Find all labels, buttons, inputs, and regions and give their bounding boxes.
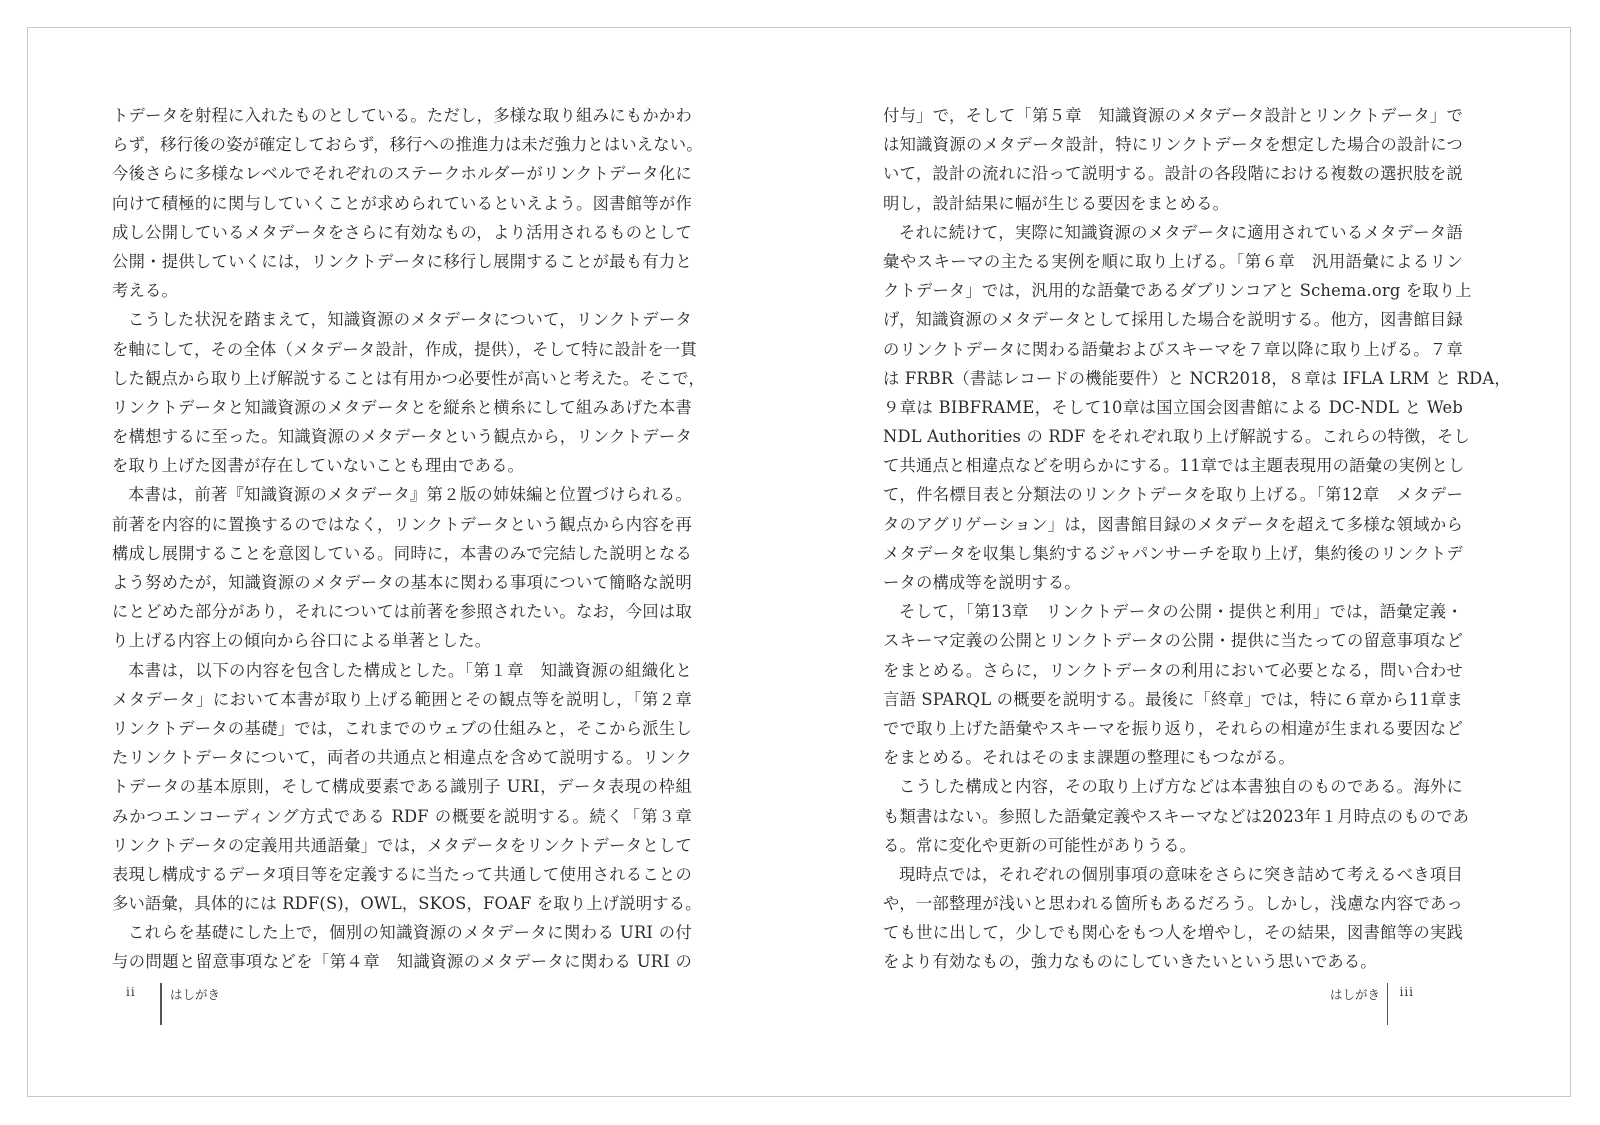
text-line: これらを基礎にした上で，個別の知識資源のメタデータに関わる URI の付 <box>112 918 692 947</box>
text-line: 本書は，以下の内容を包含した構成とした。「第１章 知識資源の組織化と <box>112 656 692 685</box>
text-line: ータの構成等を説明する。 <box>883 568 1463 597</box>
text-line: 多い語彙，具体的には RDF(S)，OWL，SKOS，FOAF を取り上げ説明す… <box>112 889 692 918</box>
text-line: り上げる内容上の傾向から谷口による単著とした。 <box>112 626 692 655</box>
left-page: トデータを射程に入れたものとしている。ただし，多様な取り組みにもかかわらず，移行… <box>28 28 800 1096</box>
page-number: ii <box>126 985 136 999</box>
text-line: そして，「第13章 リンクトデータの公開・提供と利用」では，語彙定義・ <box>883 597 1463 626</box>
text-line: トデータを射程に入れたものとしている。ただし，多様な取り組みにもかかわ <box>112 101 692 130</box>
running-head: はしがき <box>170 985 220 1003</box>
text-line: のリンクトデータに関わる語彙およびスキーマを７章以降に取り上げる。７章 <box>883 335 1463 364</box>
text-line: る。常に変化や更新の可能性がありうる。 <box>883 831 1463 860</box>
text-line: 現時点では，それぞれの個別事項の意味をさらに突き詰めて考えるべき項目 <box>883 860 1463 889</box>
right-page-footer: はしがき iii <box>1340 983 1440 1025</box>
text-line: にとどめた部分があり，それについては前著を参照されたい。なお，今回は取 <box>112 597 692 626</box>
text-line: でで取り上げた語彙やスキーマを振り返り，それらの相違が生まれる要因など <box>883 714 1463 743</box>
text-line: それに続けて，実際に知識資源のメタデータに適用されているメタデータ語 <box>883 218 1463 247</box>
text-line: NDL Authorities の RDF をそれぞれ取り上げ解説する。これらの… <box>883 422 1463 451</box>
text-line: スキーマ定義の公開とリンクトデータの公開・提供に当たっての留意事項など <box>883 626 1463 655</box>
text-line: 成し公開しているメタデータをさらに有効なもの，より活用されるものとして <box>112 218 692 247</box>
text-line: を取り上げた図書が存在していないことも理由である。 <box>112 451 692 480</box>
text-line: リンクトデータと知識資源のメタデータとを縦糸と横糸にして組みあげた本書 <box>112 393 692 422</box>
running-head: はしがき <box>1330 985 1380 1003</box>
text-line: トデータの基本原則，そして構成要素である識別子 URI，データ表現の枠組 <box>112 772 692 801</box>
text-line: をより有効なもの，強力なものにしていきたいという思いである。 <box>883 947 1463 976</box>
text-line: 言語 SPARQL の概要を説明する。最後に「終章」では，特に６章から11章ま <box>883 685 1463 714</box>
text-line: した観点から取り上げ解説することは有用かつ必要性が高いと考えた。そこで， <box>112 364 692 393</box>
text-line: ても世に出して，少しでも関心をもつ人を増やし，その結果，図書館等の実践 <box>883 918 1463 947</box>
text-line: リンクトデータの定義用共通語彙」では，メタデータをリンクトデータとして <box>112 831 692 860</box>
text-line: ９章は BIBFRAME，そして10章は国立国会図書館による DC-NDL と … <box>883 393 1463 422</box>
text-line: を構想するに至った。知識資源のメタデータという観点から，リンクトデータ <box>112 422 692 451</box>
footer-divider <box>160 983 162 1025</box>
book-spread: トデータを射程に入れたものとしている。ただし，多様な取り組みにもかかわらず，移行… <box>27 27 1571 1097</box>
text-line: いて，設計の流れに沿って説明する。設計の各段階における複数の選択肢を説 <box>883 159 1463 188</box>
text-line: て，件名標目表と分類法のリンクトデータを取り上げる。「第12章 メタデー <box>883 480 1463 509</box>
text-line: 公開・提供していくには，リンクトデータに移行し展開することが最も有力と <box>112 247 692 276</box>
text-line: たリンクトデータについて，両者の共通点と相違点を含めて説明する。リンク <box>112 743 692 772</box>
left-page-body: トデータを射程に入れたものとしている。ただし，多様な取り組みにもかかわらず，移行… <box>112 101 692 977</box>
right-page: 付与」で，そして「第５章 知識資源のメタデータ設計とリンクトデータ」では知識資源… <box>800 28 1572 1096</box>
text-line: 考える。 <box>112 276 692 305</box>
footer-divider <box>1387 983 1389 1025</box>
text-line: て共通点と相違点などを明らかにする。11章では主題表現用の語彙の実例とし <box>883 451 1463 480</box>
text-line: をまとめる。それはそのまま課題の整理にもつながる。 <box>883 743 1463 772</box>
text-line: 明し，設計結果に幅が生じる要因をまとめる。 <box>883 189 1463 218</box>
text-line: よう努めたが，知識資源のメタデータの基本に関わる事項について簡略な説明 <box>112 568 692 597</box>
text-line: こうした状況を踏まえて，知識資源のメタデータについて，リンクトデータ <box>112 305 692 334</box>
text-line: は知識資源のメタデータ設計，特にリンクトデータを想定した場合の設計につ <box>883 130 1463 159</box>
text-line: は FRBR（書誌レコードの機能要件）と NCR2018，８章は IFLA LR… <box>883 364 1463 393</box>
text-line: 構成し展開することを意図している。同時に，本書のみで完結した説明となる <box>112 539 692 568</box>
text-line: 付与」で，そして「第５章 知識資源のメタデータ設計とリンクトデータ」で <box>883 101 1463 130</box>
text-line: みかつエンコーディング方式である RDF の概要を説明する。続く「第３章 <box>112 802 692 831</box>
text-line: メタデータを収集し集約するジャパンサーチを取り上げ，集約後のリンクトデ <box>883 539 1463 568</box>
text-line: こうした構成と内容，その取り上げ方などは本書独自のものである。海外に <box>883 772 1463 801</box>
text-line: げ，知識資源のメタデータとして採用した場合を説明する。他方，図書館目録 <box>883 305 1463 334</box>
text-line: タのアグリゲーション」は，図書館目録のメタデータを超えて多様な領域から <box>883 510 1463 539</box>
page-number: iii <box>1399 985 1414 999</box>
text-line: 前著を内容的に置換するのではなく，リンクトデータという観点から内容を再 <box>112 510 692 539</box>
text-line: 表現し構成するデータ項目等を定義するに当たって共通して使用されることの <box>112 860 692 889</box>
text-line: 与の問題と留意事項などを「第４章 知識資源のメタデータに関わる URI の <box>112 947 692 976</box>
text-line: メタデータ」において本書が取り上げる範囲とその観点等を説明し，「第２章 <box>112 685 692 714</box>
text-line: 今後さらに多様なレベルでそれぞれのステークホルダーがリンクトデータ化に <box>112 159 692 188</box>
right-page-body: 付与」で，そして「第５章 知識資源のメタデータ設計とリンクトデータ」では知識資源… <box>883 101 1463 977</box>
text-line: を軸にして，その全体（メタデータ設計，作成，提供），そして特に設計を一貫 <box>112 335 692 364</box>
text-line: クトデータ」では，汎用的な語彙であるダブリンコアと Schema.org を取り… <box>883 276 1463 305</box>
text-line: や，一部整理が浅いと思われる箇所もあるだろう。しかし，浅慮な内容であっ <box>883 889 1463 918</box>
text-line: リンクトデータの基礎」では，これまでのウェブの仕組みと，そこから派生し <box>112 714 692 743</box>
text-line: らず，移行後の姿が確定しておらず，移行への推進力は未だ強力とはいえない。 <box>112 130 692 159</box>
text-line: 向けて積極的に関与していくことが求められているといえよう。図書館等が作 <box>112 189 692 218</box>
text-line: 彙やスキーマの主たる実例を順に取り上げる。「第６章 汎用語彙によるリン <box>883 247 1463 276</box>
text-line: 本書は，前著『知識資源のメタデータ』第２版の姉妹編と位置づけられる。 <box>112 480 692 509</box>
text-line: をまとめる。さらに，リンクトデータの利用において必要となる，問い合わせ <box>883 656 1463 685</box>
text-line: も類書はない。参照した語彙定義やスキーマなどは2023年１月時点のものであ <box>883 802 1463 831</box>
